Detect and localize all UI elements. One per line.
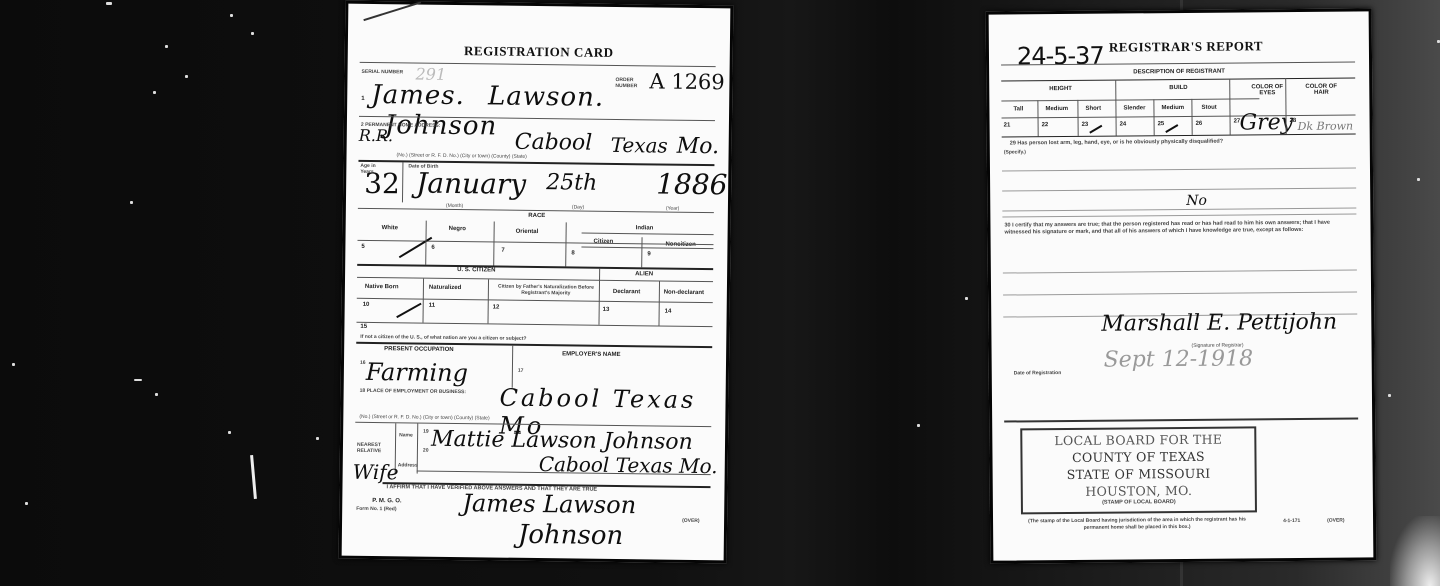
divider bbox=[1115, 80, 1116, 136]
divider bbox=[1004, 417, 1358, 422]
dust-speck bbox=[965, 297, 968, 300]
stamp-line-4: HOUSTON, MO. bbox=[1023, 481, 1255, 500]
divider bbox=[402, 162, 403, 202]
certification-30: 30 I certify that my answers are true; t… bbox=[1004, 219, 1354, 236]
registrars-report-back: 24-5-37 REGISTRAR'S REPORT DESCRIPTION O… bbox=[986, 8, 1377, 563]
non-declarant-num: 14 bbox=[665, 309, 672, 315]
alien-header: ALIEN bbox=[635, 271, 653, 277]
dust-speck bbox=[106, 2, 112, 5]
divider bbox=[598, 269, 600, 325]
hair-color-header: COLOR OF HAIR bbox=[1301, 84, 1341, 96]
divider bbox=[565, 222, 567, 266]
us-citizen-header: U. S. CITIZEN bbox=[457, 267, 495, 273]
divider bbox=[1002, 133, 1356, 137]
build-header: BUILD bbox=[1169, 85, 1187, 91]
dust-speck bbox=[165, 45, 168, 48]
dob-year: 1886 bbox=[656, 167, 728, 201]
address-county: Texas bbox=[611, 133, 668, 158]
answer-line bbox=[1003, 269, 1357, 273]
answer-line bbox=[1002, 207, 1356, 211]
divider bbox=[658, 282, 660, 326]
height-short-label: Short bbox=[1085, 106, 1101, 112]
divider bbox=[1002, 114, 1356, 118]
native-born-num: 10 bbox=[363, 302, 370, 308]
dust-speck bbox=[155, 393, 158, 396]
divider bbox=[425, 221, 427, 265]
stamp-caption: (STAMP OF LOCAL BOARD) bbox=[1023, 498, 1255, 506]
divider bbox=[1001, 98, 1259, 101]
divider bbox=[1191, 99, 1192, 135]
over-label: (OVER) bbox=[682, 518, 700, 524]
build-slender-label: Slender bbox=[1123, 105, 1145, 111]
naturalized-num: 11 bbox=[429, 303, 435, 309]
race-oriental-label: Oriental bbox=[516, 229, 539, 235]
dust-speck bbox=[316, 437, 319, 440]
build-medium-num: 25 bbox=[1158, 121, 1165, 127]
eye-color-header: COLOR OF EYES bbox=[1247, 84, 1287, 96]
height-tall-num: 21 bbox=[1004, 122, 1011, 128]
report-title: REGISTRAR'S REPORT bbox=[1109, 38, 1263, 55]
back-form-code: 4-1-171 bbox=[1283, 518, 1300, 524]
non-declarant-label: Non-declarant bbox=[663, 290, 705, 297]
place-caption: (No.) (Street or R. F. D. No.) (City or … bbox=[359, 414, 489, 422]
height-tall-label: Tall bbox=[1013, 106, 1023, 112]
race-oriental-num: 7 bbox=[501, 248, 504, 254]
date-of-registration-value: Sept 12-1918 bbox=[1104, 346, 1254, 372]
divider bbox=[512, 346, 514, 388]
divider bbox=[487, 279, 489, 323]
dust-speck bbox=[12, 363, 15, 366]
relative-num-19: 19 bbox=[423, 429, 429, 435]
registration-card-front: REGISTRATION CARD SERIAL NUMBER 291 ORDE… bbox=[339, 1, 734, 564]
declarant-num: 13 bbox=[603, 307, 610, 313]
occupation-num: 16 bbox=[360, 360, 366, 366]
citizen-by-father-label: Citizen by Father's Naturalization Befor… bbox=[493, 283, 599, 296]
dust-speck bbox=[153, 91, 156, 94]
checkmark-medium-build bbox=[1165, 124, 1178, 132]
address-caption: (No.) (Street or R. F. D. No.) (City or … bbox=[397, 152, 527, 160]
stamp-line-1: LOCAL BOARD FOR THE bbox=[1022, 430, 1254, 449]
indian-header: Indian bbox=[636, 225, 654, 231]
stamp-note: (The stamp of the Local Board having jur… bbox=[1017, 516, 1257, 532]
local-board-stamp: LOCAL BOARD FOR THE COUNTY OF TEXAS STAT… bbox=[1020, 426, 1257, 514]
build-slender-num: 24 bbox=[1120, 121, 1127, 127]
occupation-value: Farming bbox=[366, 358, 468, 387]
form-code: P. M. G. O. bbox=[372, 498, 401, 504]
divider bbox=[357, 240, 713, 245]
dust-speck bbox=[134, 379, 142, 381]
light-glare bbox=[1390, 516, 1440, 586]
divider bbox=[357, 264, 713, 270]
relative-address-label: Address bbox=[398, 462, 418, 468]
divider bbox=[581, 247, 713, 250]
race-negro-label: Negro bbox=[449, 226, 466, 232]
dust-speck bbox=[25, 502, 28, 505]
registrar-signature: Marshall E. Pettijohn bbox=[1101, 310, 1337, 337]
address-state: Mo. bbox=[677, 134, 720, 160]
dust-speck bbox=[130, 201, 133, 204]
native-born-label: Native Born bbox=[365, 284, 399, 290]
age-value: 32 bbox=[364, 167, 400, 200]
race-white-label: White bbox=[382, 225, 398, 231]
serial-label: SERIAL NUMBER bbox=[362, 69, 404, 76]
checkmark-short bbox=[1089, 125, 1102, 133]
field-15-question: If not a citizen of the U. S., of what n… bbox=[360, 334, 526, 342]
naturalized-label: Naturalized bbox=[429, 285, 461, 291]
relative-name-value: Mattie Lawson Johnson bbox=[431, 427, 693, 455]
dust-speck bbox=[228, 431, 231, 434]
divider bbox=[1229, 79, 1230, 135]
hair-color-value: Dk Brown bbox=[1298, 119, 1354, 132]
height-medium-label: Medium bbox=[1045, 106, 1068, 112]
answer-line bbox=[1002, 187, 1356, 191]
registrant-signature-last: Johnson bbox=[518, 520, 624, 551]
address-city: Cabool bbox=[515, 130, 593, 156]
checkmark-native-born bbox=[396, 303, 421, 318]
build-stout-label: Stout bbox=[1201, 105, 1216, 111]
divider bbox=[1001, 77, 1355, 81]
first-name: James bbox=[371, 80, 456, 111]
employer-num: 17 bbox=[518, 368, 524, 374]
dust-speck bbox=[185, 75, 188, 78]
divider bbox=[1153, 99, 1154, 135]
registrant-signature-first: James Lawson bbox=[462, 489, 636, 519]
question-29-specify: (Specify.) bbox=[1004, 149, 1026, 155]
divider bbox=[360, 62, 716, 67]
height-medium-num: 22 bbox=[1042, 122, 1049, 128]
nearest-relative-label: NEAREST RELATIVE bbox=[357, 442, 389, 454]
relative-name-label: Name bbox=[399, 432, 413, 438]
middle-name: Lawson bbox=[488, 81, 595, 112]
divider bbox=[641, 237, 642, 267]
divider bbox=[493, 221, 495, 265]
height-short-num: 23 bbox=[1082, 122, 1089, 128]
stamp-line-2: COUNTY OF TEXAS bbox=[1022, 447, 1254, 466]
question-29: 29 Has person lost arm, leg, hand, eye, … bbox=[1010, 139, 1223, 147]
dob-month: January bbox=[416, 167, 526, 201]
race-noncitizen-num: 9 bbox=[647, 251, 650, 257]
occupation-header: PRESENT OCCUPATION bbox=[384, 346, 454, 353]
height-header: HEIGHT bbox=[1049, 86, 1072, 92]
race-citizen-num: 8 bbox=[571, 250, 574, 256]
divider bbox=[1037, 100, 1038, 136]
build-stout-num: 26 bbox=[1196, 121, 1203, 127]
relative-num-20: 20 bbox=[423, 448, 429, 454]
dust-speck bbox=[917, 424, 920, 427]
back-over-label: (OVER) bbox=[1327, 518, 1345, 524]
field-15-num: 15 bbox=[360, 324, 367, 330]
place-of-employment-label: 18 PLACE OF EMPLOYMENT OR BUSINESS: bbox=[360, 388, 466, 395]
dust-speck bbox=[251, 32, 254, 35]
stamped-number: 24-5-37 bbox=[1017, 42, 1104, 71]
race-negro-num: 6 bbox=[431, 245, 434, 251]
race-white-num: 5 bbox=[361, 244, 364, 250]
scratch-mark bbox=[250, 455, 257, 499]
answer-29: No bbox=[1186, 193, 1207, 209]
field-number: 1 bbox=[361, 96, 364, 102]
pen-stroke bbox=[363, 1, 421, 21]
build-medium-label: Medium bbox=[1161, 105, 1184, 111]
declarant-label: Declarant bbox=[613, 289, 640, 295]
divider bbox=[1077, 100, 1078, 136]
dust-speck bbox=[1388, 394, 1391, 397]
employer-header: EMPLOYER'S NAME bbox=[562, 351, 621, 358]
answer-line bbox=[1003, 291, 1357, 295]
card-title: REGISTRATION CARD bbox=[348, 42, 730, 63]
relative-relation-value: Wife bbox=[353, 460, 399, 485]
dob-day: 25th bbox=[546, 170, 597, 196]
citizen-by-father-num: 12 bbox=[493, 304, 500, 310]
divider bbox=[582, 233, 714, 236]
form-number: Form No. 1 (Red) bbox=[356, 506, 396, 512]
dust-speck bbox=[1417, 178, 1420, 181]
divider bbox=[422, 279, 424, 323]
address-number: R.R. bbox=[359, 126, 393, 145]
answer-line bbox=[1002, 167, 1356, 171]
hair-color-num: 28 bbox=[1290, 118, 1297, 124]
answer-line bbox=[1002, 213, 1356, 217]
dust-speck bbox=[230, 14, 233, 17]
stamp-line-3: STATE OF MISSOURI bbox=[1023, 464, 1255, 483]
date-of-registration-label: Date of Registration bbox=[1014, 370, 1062, 376]
